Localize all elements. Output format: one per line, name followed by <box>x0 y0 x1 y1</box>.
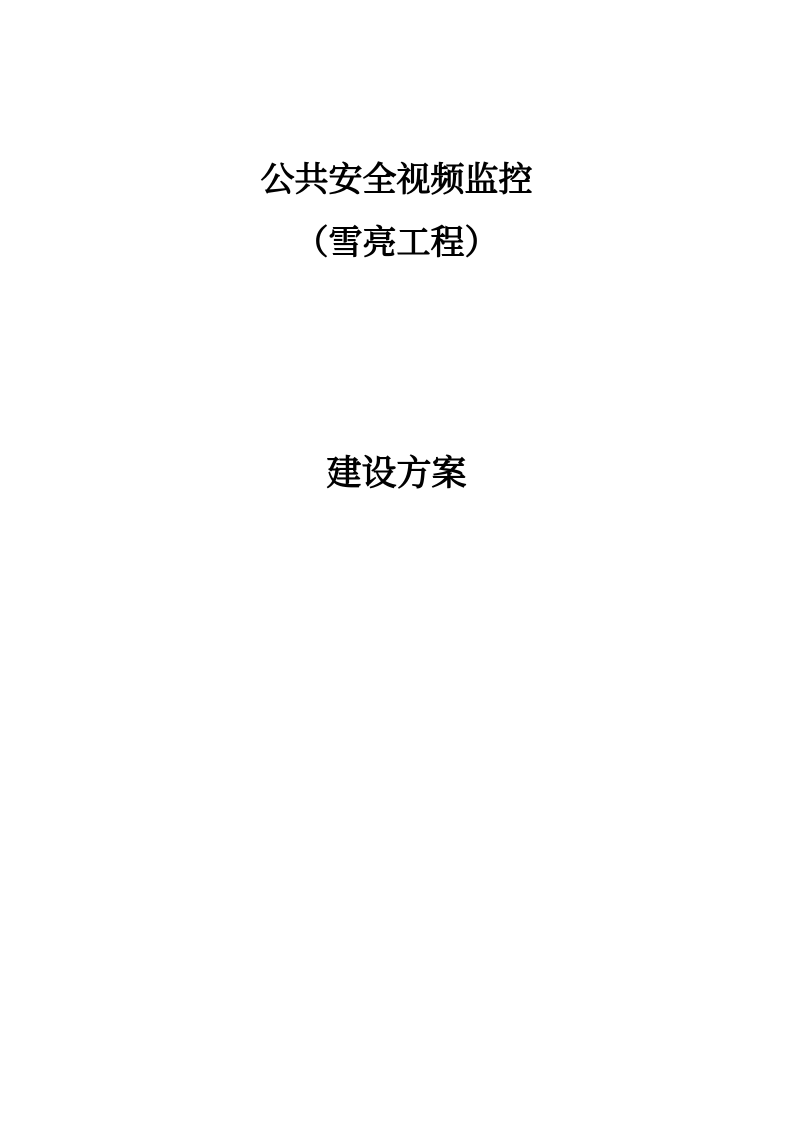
document-title-line1: 公共安全视频监控 <box>0 164 793 198</box>
document-page: 公共安全视频监控 （雪亮工程） 建设方案 <box>0 0 793 1122</box>
document-title-line2: （雪亮工程） <box>0 227 793 261</box>
document-heading: 建设方案 <box>0 456 793 491</box>
